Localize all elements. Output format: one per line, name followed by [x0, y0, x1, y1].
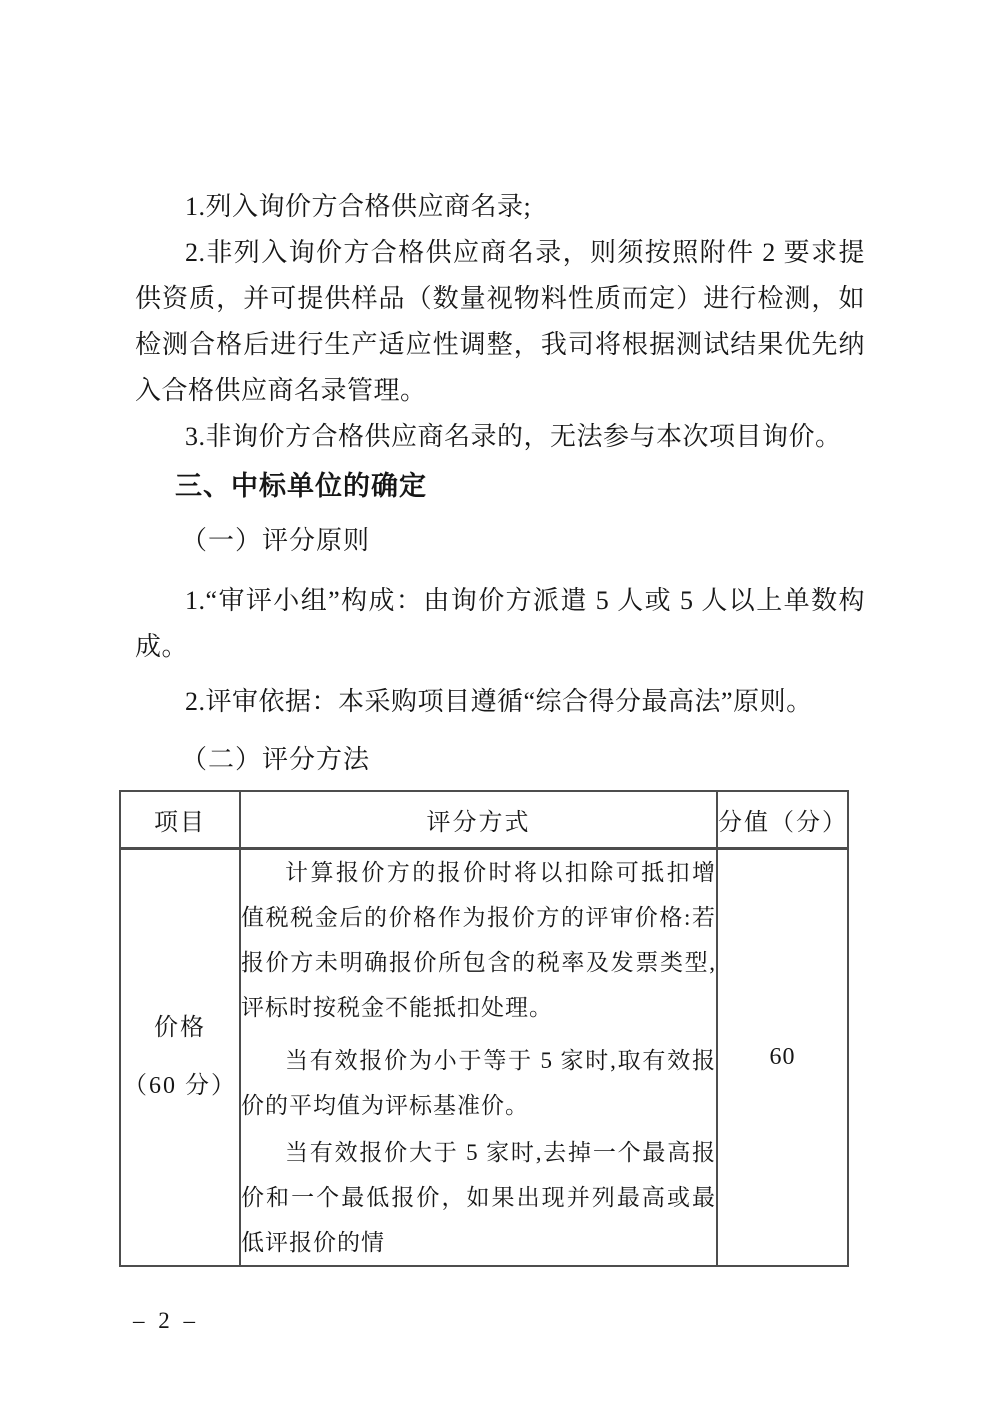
paragraph-review-team: 1.“审评小组”构成：由询价方派遣 5 人或 5 人以上单数构成。 [135, 578, 865, 670]
document-page: 1.列入询价方合格供应商名录; 2.非列入询价方合格供应商名录，则须按照附件 2… [0, 0, 1000, 1414]
table-header-item: 项目 [120, 791, 240, 848]
price-item-label: 价格 [121, 999, 239, 1057]
paragraph-review-basis: 2.评审依据：本采购项目遵循“综合得分最高法”原则。 [135, 679, 865, 725]
scoring-table-header: 项目 评分方式 分值（分） [120, 791, 848, 848]
paragraph-supplier-listed: 1.列入询价方合格供应商名录; [135, 0, 865, 230]
section-heading-winner-determination: 三、中标单位的确定 [135, 463, 865, 509]
paragraph-supplier-excluded: 3.非询价方合格供应商名录的，无法参与本次项目询价。 [135, 414, 865, 460]
document-body: 1.列入询价方合格供应商名录; 2.非列入询价方合格供应商名录，则须按照附件 2… [135, 0, 865, 1267]
table-header-row: 项目 评分方式 分值（分） [120, 791, 848, 848]
table-header-method: 评分方式 [240, 791, 717, 848]
method-paragraph-five-or-fewer: 当有效报价为小于等于 5 家时,取有效报价的平均值为评标基准价。 [241, 1038, 716, 1128]
price-item-cell: 价格 （60 分） [120, 848, 240, 1266]
scoring-table: 项目 评分方式 分值（分） 价格 （60 分） 计算报价方的报价时将以扣除可抵扣… [119, 790, 849, 1267]
price-item-weight: （60 分） [121, 1057, 239, 1115]
paragraph-supplier-not-listed: 2.非列入询价方合格供应商名录，则须按照附件 2 要求提供资质，并可提供样品（数… [135, 230, 865, 414]
scoring-table-body: 价格 （60 分） 计算报价方的报价时将以扣除可抵扣增值税税金后的价格作为报价方… [120, 848, 848, 1266]
subsection-scoring-method: （二）评分方法 [135, 737, 865, 783]
table-row-price: 价格 （60 分） 计算报价方的报价时将以扣除可抵扣增值税税金后的价格作为报价方… [120, 848, 848, 1266]
subsection-scoring-principle: （一）评分原则 [135, 518, 865, 564]
method-paragraph-more-than-five: 当有效报价大于 5 家时,去掉一个最高报价和一个最低报价，如果出现并列最高或最低… [241, 1130, 716, 1265]
price-score-cell: 60 [717, 848, 848, 1266]
page-number: – 2 – [133, 1308, 199, 1334]
method-paragraph-tax-deduction: 计算报价方的报价时将以扣除可抵扣增值税税金后的价格作为报价方的评审价格:若报价方… [241, 850, 716, 1030]
table-header-score: 分值（分） [717, 791, 848, 848]
price-method-cell: 计算报价方的报价时将以扣除可抵扣增值税税金后的价格作为报价方的评审价格:若报价方… [240, 848, 717, 1266]
